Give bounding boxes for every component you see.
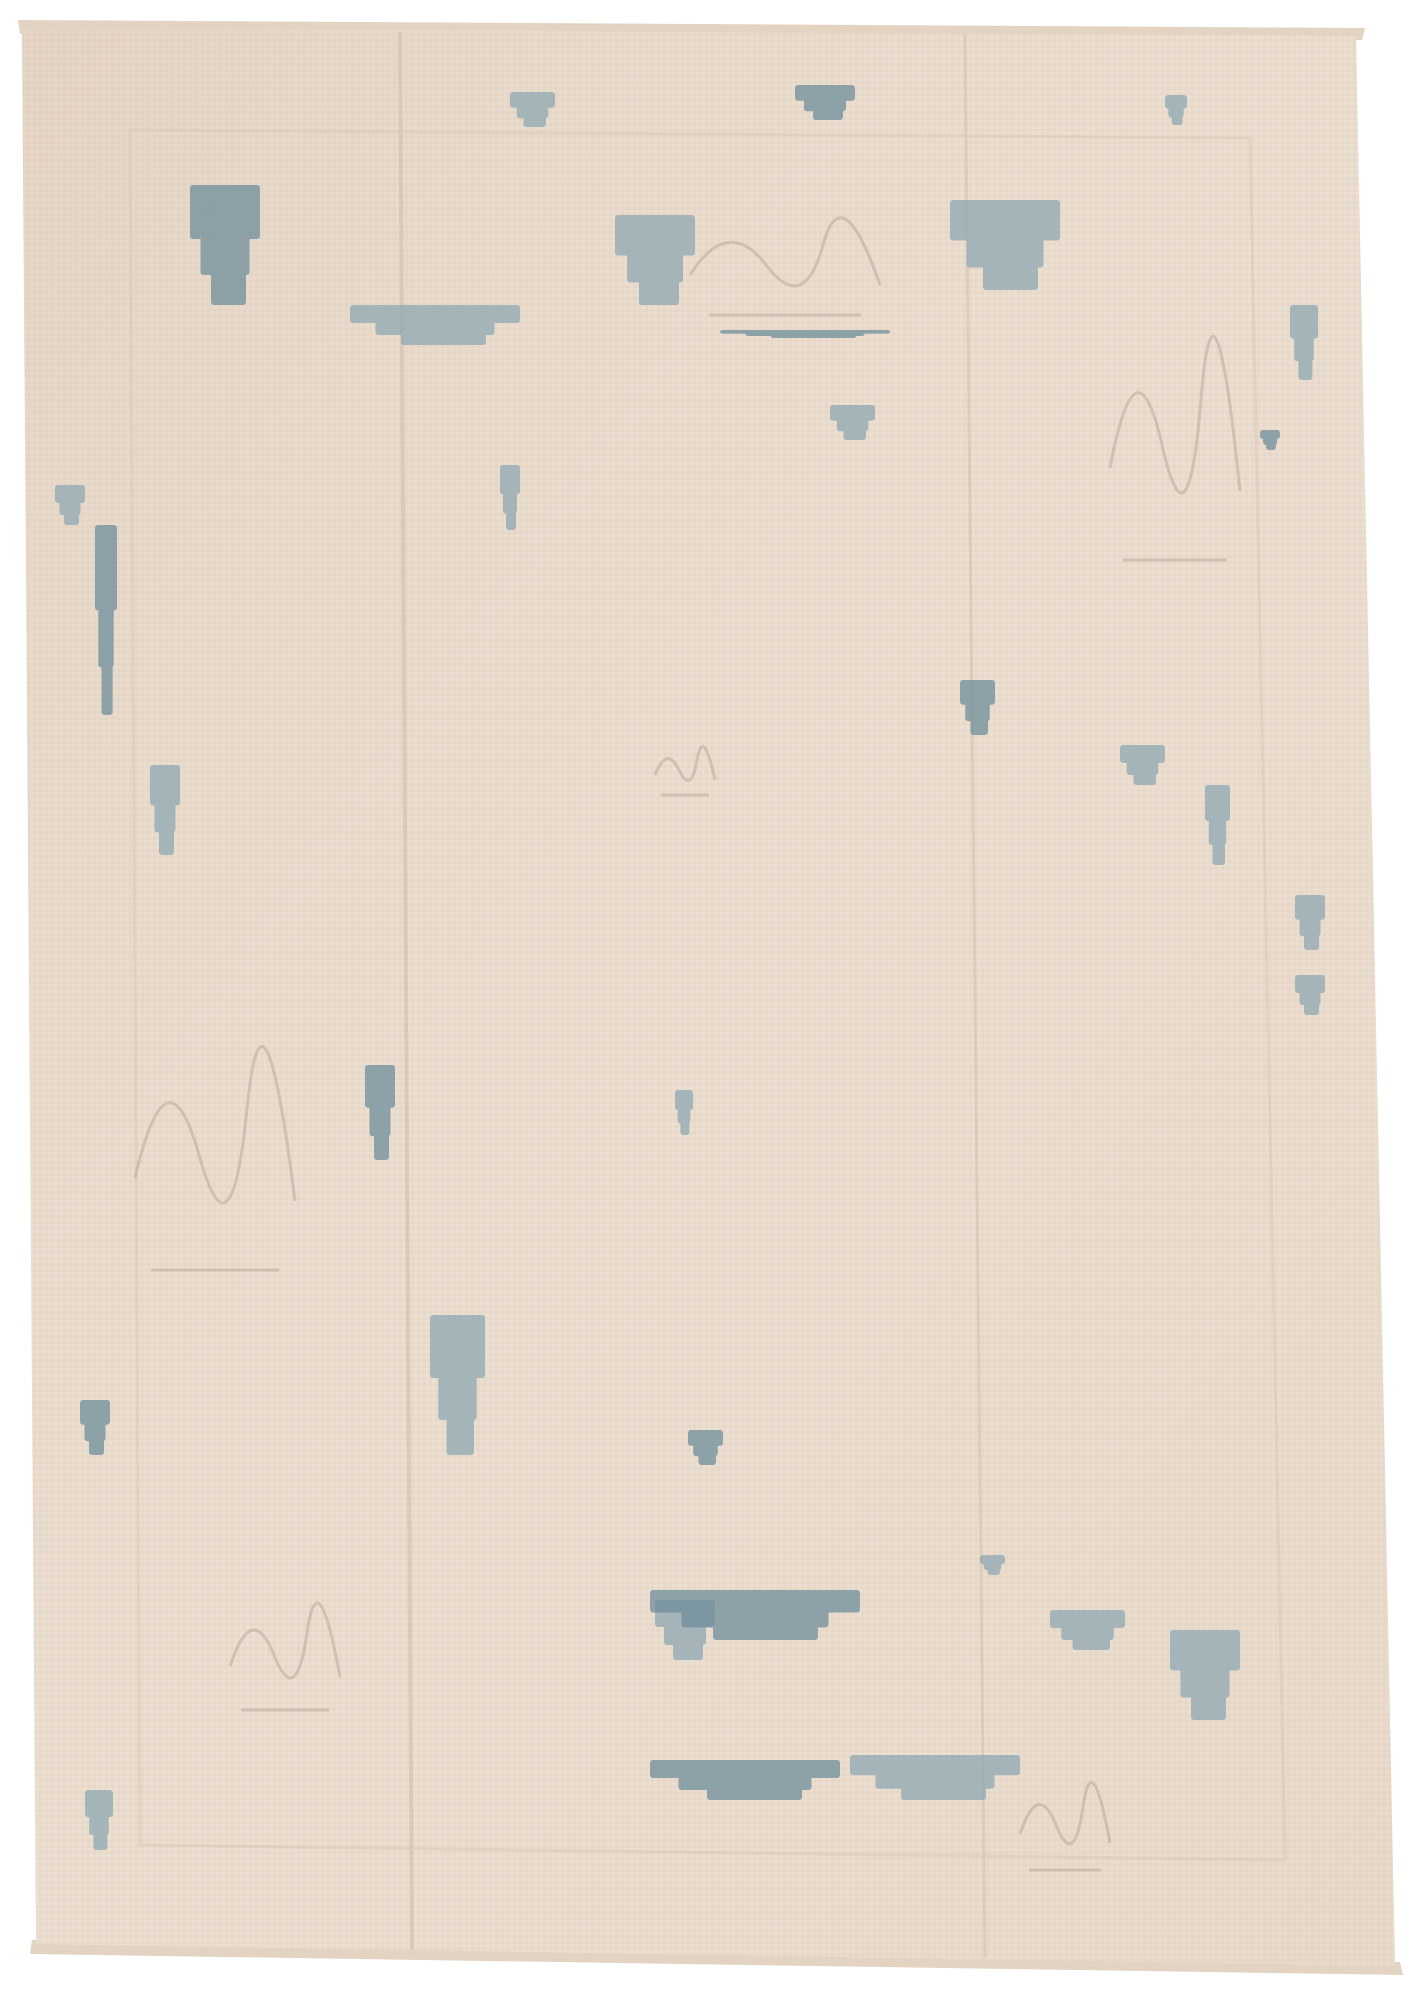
rug-photo	[0, 0, 1413, 2000]
